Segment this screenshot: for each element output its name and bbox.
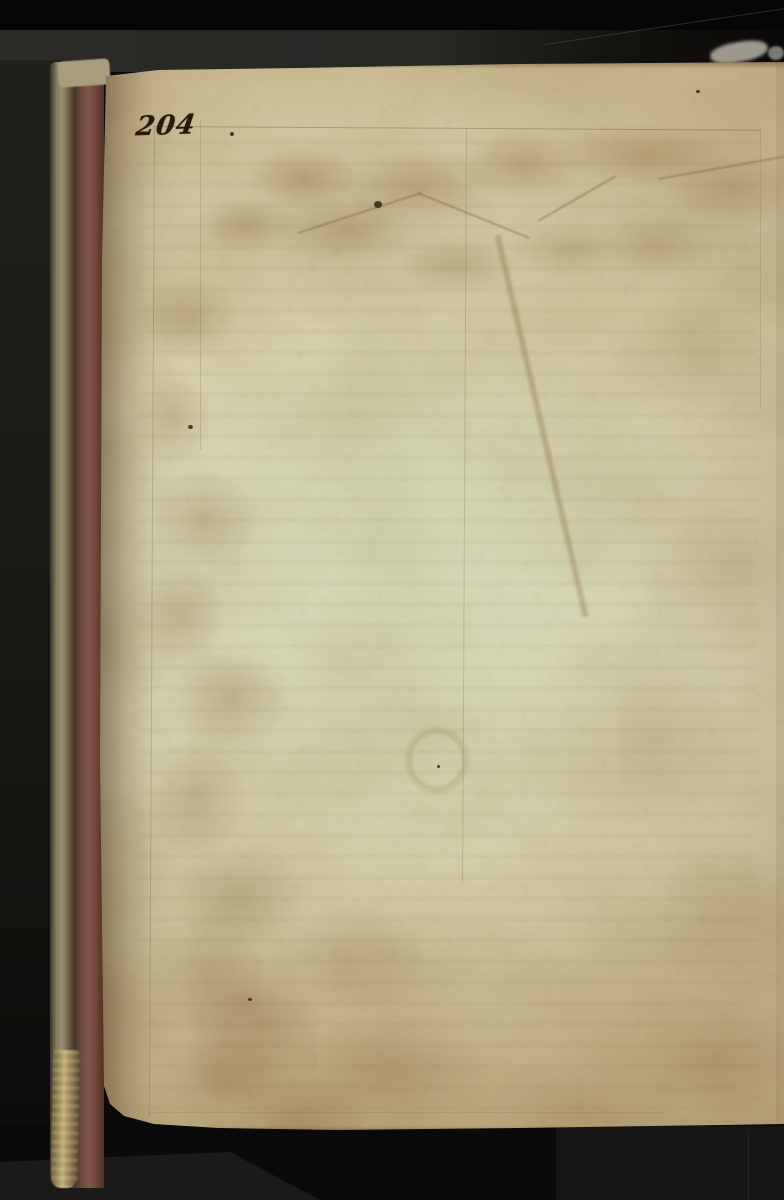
manuscript-photo: 204: [0, 0, 784, 1200]
background-bottom-shadow-right: [556, 1126, 784, 1200]
book-cover-corner: [57, 58, 111, 88]
book-gilt-edge: [51, 1050, 80, 1188]
book-binding-edge: [50, 62, 104, 1188]
background-bottom-seam: [748, 1130, 749, 1200]
parchment-page: 204: [98, 60, 784, 1132]
parchment-texture: [98, 60, 784, 1132]
highlight-blob-small: [768, 46, 784, 60]
